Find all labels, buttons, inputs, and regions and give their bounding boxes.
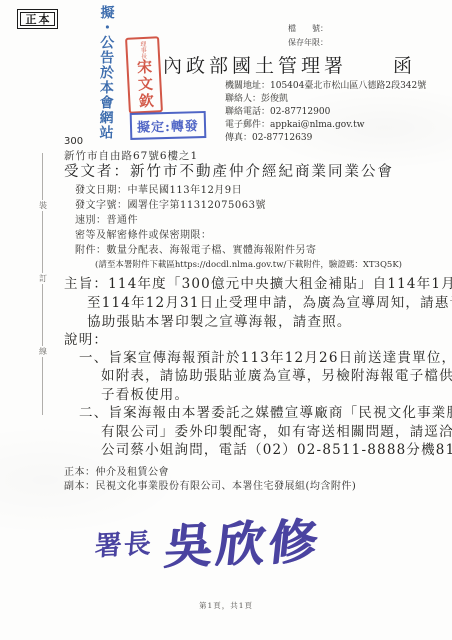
subject-line-3: 協助張貼本署印製之宣導海報，請查照。	[87, 310, 352, 330]
agency-contact-person: 聯絡人：彭俊凱	[225, 93, 426, 106]
agency-address: 機關地址：105404臺北市松山區八德路2段342號	[225, 80, 426, 93]
explanation-item1-line2: 如附表，請協助張貼並廣為宣導，另檢附海報電子檔供電	[101, 364, 452, 384]
signature-title: 署長	[94, 521, 154, 563]
speed-class: 速別：普通件	[75, 213, 402, 228]
binding-mark-zhuang: 裝	[37, 200, 49, 211]
attachment-line: 附件：數量分配表、海報電子檔、實體海報附件另寄	[75, 243, 402, 258]
explanation-item2-line1: 二、旨案海報由本署委託之媒體宣導廠商「民視文化事業股份	[79, 401, 452, 421]
approval-blue-stamp: 擬定:轉發	[130, 111, 206, 140]
page-number-footer: 第1頁，共1頁	[0, 600, 452, 611]
subject-label: 主旨：	[64, 276, 108, 292]
document-title: 內政部國土管理署 函	[163, 51, 416, 78]
item2-marker: 二、	[79, 405, 108, 421]
item2-text-1: 旨案海報由本署委託之媒體宣導廠商「民視文化事業股份	[108, 405, 452, 421]
explanation-item2-line3: 公司蔡小姐詢問，電話（02）02-8511-8888分機8107。	[101, 438, 452, 458]
subject-line-1: 主旨：114年度「300億元中央擴大租金補貼」自114年1月1日起	[64, 272, 452, 292]
document-meta-block: 發文日期：中華民國113年12月9日 發文字號：國署住字第11312075063…	[75, 183, 402, 273]
agency-phone: 聯絡電話：02-87712900	[225, 106, 426, 119]
agency-fax: 傳真：02-87712639	[225, 132, 426, 145]
attachment-download-note: (請至本署附件下載區https://docdl.nlma.gov.tw/下載附件…	[75, 258, 402, 273]
explanation-item1-line1: 一、旨案宣傳海報預計於113年12月26日前送達貴單位，份數	[79, 346, 452, 366]
agency-email: 電子郵件：appkai@nlma.gov.tw	[225, 119, 426, 132]
recipient-zip: 300	[64, 136, 83, 147]
agency-contact-block: 機關地址：105404臺北市松山區八德路2段342號 聯絡人：彭俊凱 聯絡電話：…	[225, 80, 426, 145]
subject-line-2: 至114年12月31日止受理申請，為廣為宣導周知，請惠予	[87, 291, 452, 311]
explanation-item2-line2: 有限公司」委外印製配寄，如有寄送相關問題，請逕洽該	[101, 420, 452, 440]
original-copy-stamp: 正本	[17, 9, 58, 29]
signature-block: 署長 吳欣修	[94, 498, 355, 583]
binding-mark-ding: 訂	[37, 273, 49, 284]
binding-mark-xian: 線	[37, 346, 49, 357]
explanation-item1-line3: 子看板使用。	[101, 383, 189, 403]
chairman-red-seal: 理事長 宋文欽	[125, 36, 163, 114]
issue-date: 發文日期：中華民國113年12月9日	[75, 183, 402, 198]
original-recipients: 正本：仲介及租賃公會	[64, 463, 169, 478]
seal-name: 宋文欽	[135, 59, 155, 111]
subject-text-1: 114年度「300億元中央擴大租金補貼」自114年1月1日起	[108, 276, 452, 292]
recipient-line: 受文者：新竹市不動產仲介經紀商業同業公會	[64, 160, 394, 181]
signature-name: 吳欣修	[161, 502, 325, 577]
official-letter-page: 正本 擬・公告於本會網站 理事長 宋文欽 擬定:轉發 檔 號： 保存年限： 內政…	[0, 0, 452, 640]
file-number-labels: 檔 號： 保存年限：	[288, 22, 328, 50]
explanation-label: 說明：	[64, 328, 108, 348]
secrecy-class: 密等及解密條件或保密期限：	[75, 228, 402, 243]
issue-number: 發文字號：國署住字第11312075063號	[75, 198, 402, 213]
seal-title: 理事長	[139, 41, 147, 59]
binding-line	[42, 153, 43, 415]
copy-recipients: 副本：民視文化事業股份有限公司、本署住宅發展組(均含附件)	[64, 477, 356, 492]
handwritten-margin-note: 擬・公告於本會網站	[95, 5, 116, 145]
